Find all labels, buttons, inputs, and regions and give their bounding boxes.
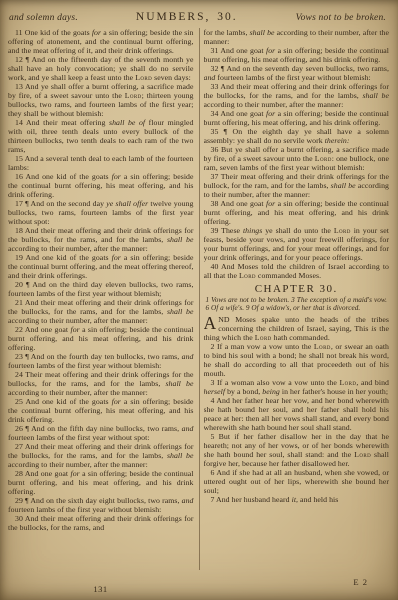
verse-number: 4 (211, 396, 217, 405)
verse-30: 30 And their meat offering and their dri… (8, 514, 194, 532)
verse-number: 13 (15, 82, 25, 91)
verse-37: 37 Their meat offering and their drink o… (204, 172, 390, 199)
verse-number: 35 ¶ (211, 127, 233, 136)
verse-26: 26 ¶ And on the fifth day nine bullocks,… (8, 424, 194, 442)
bible-page: and solemn days. NUMBERS, 30. Vows not t… (0, 0, 398, 600)
verse-35: 35 ¶ On the eighth day ye shall have a s… (204, 127, 390, 145)
verse-33: 33 And their meat offering and their dri… (204, 82, 390, 109)
verse-24: 24 Their meat offering and their drink o… (8, 370, 194, 397)
verse-number: 14 (15, 118, 26, 127)
chapter-heading: CHAPTER 30. (204, 285, 390, 294)
verse-number: 37 (211, 172, 221, 181)
verse-number: 15 (15, 154, 25, 163)
verse-number: 23 ¶ (15, 352, 31, 361)
verse-number: 21 (15, 298, 25, 307)
verse-number: 33 (211, 82, 221, 91)
right-column-top-verses: for the lambs, shall be according to the… (204, 28, 390, 280)
verse-number: 6 (211, 468, 217, 477)
verse-1: AND Moses spake unto the heads of the tr… (204, 315, 390, 342)
chapter-30-verses: 2 If a man vow a vow unto the Lord, or s… (204, 342, 390, 504)
right-column: for the lambs, shall be according to the… (204, 28, 390, 570)
verse-number: 22 (15, 325, 25, 334)
verse-4: 4 And her father hear her vow, and her b… (204, 396, 390, 432)
verse-number: 12 ¶ (15, 55, 32, 64)
verse-36: 36 But ye shall offer a burnt offering, … (204, 145, 390, 172)
verse-38: 38 And one goat for a sin offering; besi… (204, 199, 390, 226)
verse-22: 22 And one goat for a sin offering; besi… (8, 325, 194, 352)
left-column: 11 One kid of the goats for a sin offeri… (8, 28, 194, 570)
text-columns: 11 One kid of the goats for a sin offeri… (0, 26, 398, 570)
verse-continuation: for the lambs, shall be according to the… (204, 28, 390, 46)
verse-20: 20 ¶ And on the third day eleven bullock… (8, 280, 194, 298)
verse-number: 18 (15, 226, 25, 235)
verse-7: 7 And her husband heard it, and held his (204, 495, 390, 504)
verse-number: 17 ¶ (15, 199, 31, 208)
verse-number: 25 (15, 397, 25, 406)
verse-28: 28 And one goat for a sin offering; besi… (8, 469, 194, 496)
verse-number: 30 (15, 514, 25, 523)
running-head-left: and solemn days. (9, 13, 78, 23)
verse-number: 3 (211, 378, 218, 387)
verse-39: 39 These things ye shall do unto the Lor… (204, 226, 390, 262)
verse-number: 29 ¶ (15, 496, 30, 505)
verse-number: 7 (211, 495, 217, 504)
verse-16: 16 And one kid of the goats for a sin of… (8, 172, 194, 199)
verse-number: 38 (211, 199, 221, 208)
verse-29: 29 ¶ And on the sixth day eight bullocks… (8, 496, 194, 514)
page-number: 131 (8, 584, 193, 594)
verse-31: 31 And one goat for a sin offering; besi… (204, 46, 390, 64)
verse-number: 40 (211, 262, 222, 271)
verse-number: 16 (15, 172, 25, 181)
verse-number: 28 (15, 469, 25, 478)
verse-6: 6 And if she had at all an husband, when… (204, 468, 390, 495)
verse-17: 17 ¶ And on the second day ye shall offe… (8, 199, 194, 226)
running-header: and solemn days. NUMBERS, 30. Vows not t… (0, 0, 398, 26)
verse-number: 34 (211, 109, 221, 118)
verse-40: 40 And Moses told the children of Israel… (204, 262, 390, 280)
printer-signature: E 2 (353, 577, 368, 587)
verse-32: 32 ¶ And on the seventh day seven bulloc… (204, 64, 390, 82)
chapter-summary: 1 Vows are not to be broken. 3 The excep… (206, 296, 388, 313)
verse-14: 14 And their meat offering shall be of f… (8, 118, 194, 154)
verse-number: 11 (15, 28, 25, 37)
verse-27: 27 And their meat offering and their dri… (8, 442, 194, 469)
verse-25: 25 And one kid of the goats for a sin of… (8, 397, 194, 424)
drop-cap-letter: A (204, 315, 219, 332)
verse-number: 32 ¶ (211, 64, 227, 73)
verse-23: 23 ¶ And on the fourth day ten bullocks,… (8, 352, 194, 370)
verse-11: 11 One kid of the goats for a sin offeri… (8, 28, 194, 55)
verse-number: 26 ¶ (15, 424, 31, 433)
running-head-right: Vows not to be broken. (296, 13, 386, 23)
column-divider (199, 28, 200, 570)
verse-1-text: ND Moses spake unto the heads of the tri… (204, 315, 390, 342)
verse-number: 27 (15, 442, 25, 451)
book-chapter-title: NUMBERS, 30. (136, 11, 238, 23)
verse-19: 19 And one kid of the goats for a sin of… (8, 253, 194, 280)
verse-15: 15 And a several tenth deal to each lamb… (8, 154, 194, 172)
verse-number: 24 (15, 370, 25, 379)
verse-number: 31 (211, 46, 221, 55)
verse-number: 2 (211, 342, 217, 351)
verse-number: 5 (211, 432, 219, 441)
verse-3: 3 If a woman also vow a vow unto the Lor… (204, 378, 390, 396)
verse-number: 20 ¶ (15, 280, 32, 289)
verse-number: 19 (15, 253, 25, 262)
verse-number: 39 (211, 226, 222, 235)
verse-21: 21 And their meat offering and their dri… (8, 298, 194, 325)
verse-13: 13 And ye shall offer a burnt offering, … (8, 82, 194, 118)
verse-number: 36 (211, 145, 222, 154)
verse-12: 12 ¶ And on the fifteenth day of the sev… (8, 55, 194, 82)
verse-2: 2 If a man vow a vow unto the Lord, or s… (204, 342, 390, 378)
verse-5: 5 But if her father disallow her in the … (204, 432, 390, 468)
verse-18: 18 And their meat offering and their dri… (8, 226, 194, 253)
verse-34: 34 And one goat for a sin offering; besi… (204, 109, 390, 127)
